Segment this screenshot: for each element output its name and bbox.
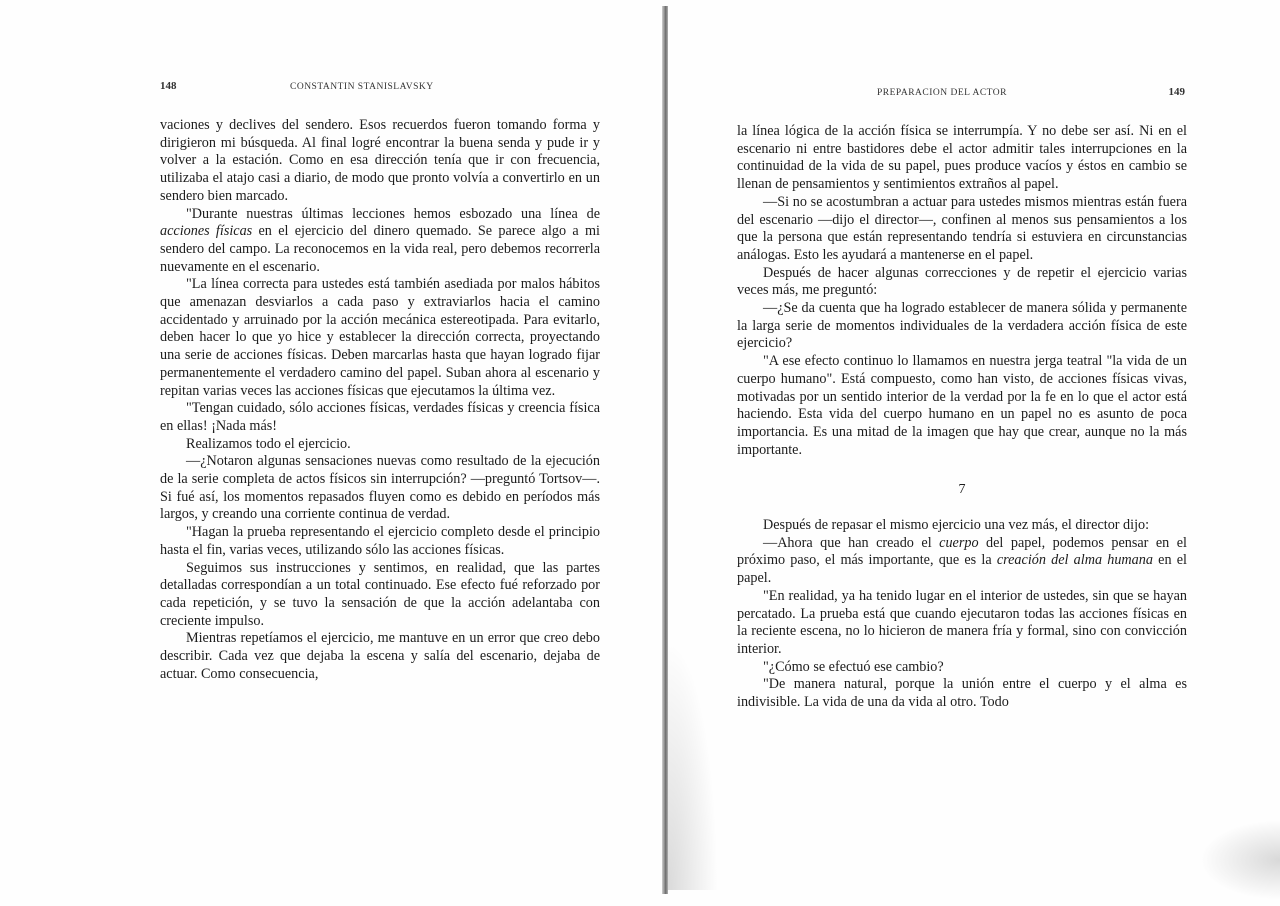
left-body-text: vaciones y declives del sendero. Esos re…	[160, 117, 600, 684]
left-page: 148 CONSTANTIN STANISLAVSKY vaciones y d…	[160, 80, 600, 684]
paragraph: "A ese efecto continuo lo llamamos en nu…	[737, 353, 1187, 459]
paragraph: Después de repasar el mismo ejercicio un…	[737, 517, 1187, 535]
paragraph: Después de hacer algunas correcciones y …	[737, 265, 1187, 300]
paragraph: "Hagan la prueba representando el ejerci…	[160, 524, 600, 559]
paragraph: —Si no se acostumbran a actuar para uste…	[737, 194, 1187, 265]
paragraph: "Durante nuestras últimas lecciones hemo…	[160, 206, 600, 277]
paragraph: Seguimos sus instrucciones y sentimos, e…	[160, 560, 600, 631]
paragraph: —¿Notaron algunas sensaciones nuevas com…	[160, 453, 600, 524]
text-segment: "Durante nuestras últimas lecciones hemo…	[186, 206, 600, 222]
paragraph: —Ahora que han creado el cuerpo del pape…	[737, 535, 1187, 588]
italic-phrase: creación del alma humana	[997, 552, 1153, 568]
paragraph: "En realidad, ya ha tenido lugar en el i…	[737, 588, 1187, 659]
paragraph: "De manera natural, porque la unión entr…	[737, 676, 1187, 711]
right-page: PREPARACION DEL ACTOR 149 la línea lógic…	[737, 86, 1187, 712]
right-body-text: la línea lógica de la acción física se i…	[737, 123, 1187, 712]
book-spread: 148 CONSTANTIN STANISLAVSKY vaciones y d…	[0, 0, 1280, 906]
left-running-head: 148 CONSTANTIN STANISLAVSKY	[160, 80, 600, 96]
right-running-head: PREPARACION DEL ACTOR 149	[737, 86, 1187, 102]
right-page-number: 149	[1169, 86, 1186, 98]
paragraph: la línea lógica de la acción física se i…	[737, 123, 1187, 194]
paragraph: Mientras repetíamos el ejercicio, me man…	[160, 630, 600, 683]
section-number: 7	[737, 481, 1187, 499]
paragraph: vaciones y declives del sendero. Esos re…	[160, 117, 600, 206]
right-running-title: PREPARACION DEL ACTOR	[877, 88, 1007, 98]
paragraph: "Tengan cuidado, sólo acciones físicas, …	[160, 400, 600, 435]
scan-shadow-corner	[1200, 820, 1280, 900]
paragraph: Realizamos todo el ejercicio.	[160, 436, 600, 454]
italic-phrase: acciones físicas	[160, 223, 252, 239]
left-running-title: CONSTANTIN STANISLAVSKY	[290, 82, 434, 92]
paragraph: —¿Se da cuenta que ha logrado establecer…	[737, 300, 1187, 353]
scan-shadow	[668, 640, 718, 890]
paragraph: "¿Cómo se efectuó ese cambio?	[737, 659, 1187, 677]
text-segment: —Ahora que han creado el	[763, 535, 939, 551]
italic-phrase: cuerpo	[939, 535, 978, 551]
paragraph: "La línea correcta para ustedes está tam…	[160, 276, 600, 400]
left-page-number: 148	[160, 80, 177, 92]
